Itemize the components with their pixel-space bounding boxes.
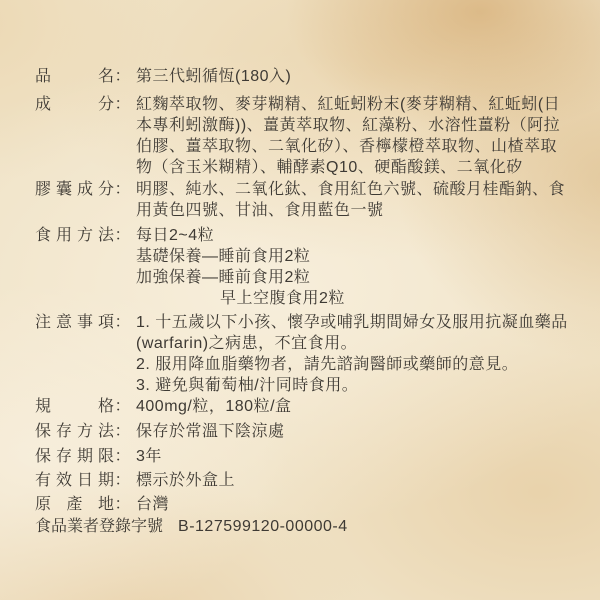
field-colon: ： (114, 396, 131, 417)
ingredients-line: 伯膠、薑萃取物、二氧化矽）、香檸檬橙萃取物、山楂萃取 (136, 136, 560, 157)
field-colon: ： (114, 179, 131, 200)
label-row-usage: 食用方法 ： 每日2~4粒基礎保養—睡前食用2粒加強保養—睡前食用2粒早上空腹食… (35, 225, 345, 309)
precautions-line: 1. 十五歲以下小孩、懷孕或哺乳期間婦女及服用抗凝血藥品 (136, 312, 568, 333)
label-row-specification: 規格 ： 400mg/粒，180粒/盒 (35, 396, 292, 417)
capsule-ingredients-line: 用黃色四號、甘油、食用藍色一號 (136, 200, 565, 221)
capsule-ingredients-line: 明膠、純水、二氧化鈦、食用紅色六號、硫酸月桂酯鈉、食 (136, 179, 565, 200)
registration-label: 食品業者登錄字號 (35, 516, 163, 537)
specification-value: 400mg/粒，180粒/盒 (136, 396, 292, 417)
usage-value: 每日2~4粒基礎保養—睡前食用2粒加強保養—睡前食用2粒早上空腹食用2粒 (136, 225, 345, 309)
label-row-origin: 原產地 ： 台灣 (35, 494, 169, 515)
storage-method-label: 保存方法 (35, 421, 114, 442)
field-colon: ： (114, 446, 131, 467)
field-colon: ： (114, 312, 131, 333)
field-colon: ： (114, 421, 131, 442)
shelf-life-label: 保存期限 (35, 446, 114, 467)
usage-line: 加強保養—睡前食用2粒 (136, 267, 345, 288)
origin-label: 原產地 (35, 494, 114, 515)
registration-row: 食品業者登錄字號 B-127599120-00000-4 (35, 516, 348, 537)
capsule-ingredients-label: 膠囊成分 (35, 179, 114, 200)
usage-line: 基礎保養—睡前食用2粒 (136, 246, 345, 267)
label-row-product-name: 品名 ： 第三代蚓循恆(180入) (35, 66, 291, 87)
origin-value: 台灣 (136, 494, 169, 515)
origin-line: 台灣 (136, 494, 169, 515)
specification-line: 400mg/粒，180粒/盒 (136, 396, 292, 417)
usage-label: 食用方法 (35, 225, 114, 246)
precautions-value: 1. 十五歲以下小孩、懷孕或哺乳期間婦女及服用抗凝血藥品(warfarin)之病… (136, 312, 568, 396)
storage-method-line: 保存於常溫下陰涼處 (136, 421, 285, 442)
expiry-date-line: 標示於外盒上 (136, 470, 235, 491)
label-row-expiry-date: 有效日期 ： 標示於外盒上 (35, 470, 235, 491)
field-colon: ： (114, 494, 131, 515)
expiry-date-value: 標示於外盒上 (136, 470, 235, 491)
ingredients-line: 本專利蚓激酶))、薑黃萃取物、紅藻粉、水溶性薑粉（阿拉 (136, 115, 560, 136)
product-name-value: 第三代蚓循恆(180入) (136, 66, 291, 87)
field-colon: ： (114, 66, 131, 87)
usage-line: 早上空腹食用2粒 (136, 288, 345, 309)
field-colon: ： (114, 94, 131, 115)
label-row-ingredients: 成分 ： 紅麴萃取物、麥芽糊精、紅蚯蚓粉末(麥芽糊精、紅蚯蚓(日本專利蚓激酶))… (35, 94, 560, 178)
storage-method-value: 保存於常溫下陰涼處 (136, 421, 285, 442)
label-row-precautions: 注意事項 ： 1. 十五歲以下小孩、懷孕或哺乳期間婦女及服用抗凝血藥品(warf… (35, 312, 568, 396)
ingredients-line: 紅麴萃取物、麥芽糊精、紅蚯蚓粉末(麥芽糊精、紅蚯蚓(日 (136, 94, 560, 115)
label-row-storage-method: 保存方法 ： 保存於常溫下陰涼處 (35, 421, 285, 442)
product-label-sheet: 品名 ： 第三代蚓循恆(180入) 成分 ： 紅麴萃取物、麥芽糊精、紅蚯蚓粉末(… (0, 0, 600, 600)
product-name-label: 品名 (35, 66, 114, 87)
label-row-capsule-ingredients: 膠囊成分 ： 明膠、純水、二氧化鈦、食用紅色六號、硫酸月桂酯鈉、食用黃色四號、甘… (35, 179, 565, 221)
capsule-ingredients-value: 明膠、純水、二氧化鈦、食用紅色六號、硫酸月桂酯鈉、食用黃色四號、甘油、食用藍色一… (136, 179, 565, 221)
registration-number: B-127599120-00000-4 (178, 516, 348, 537)
precautions-label: 注意事項 (35, 312, 114, 333)
shelf-life-value: 3年 (136, 446, 162, 467)
ingredients-line: 物（含玉米糊精）、輔酵素Q10、硬酯酸鎂、二氧化矽 (136, 157, 560, 178)
product-name-line: 第三代蚓循恆(180入) (136, 66, 291, 87)
field-colon: ： (114, 470, 131, 491)
specification-label: 規格 (35, 396, 114, 417)
ingredients-value: 紅麴萃取物、麥芽糊精、紅蚯蚓粉末(麥芽糊精、紅蚯蚓(日本專利蚓激酶))、薑黃萃取… (136, 94, 560, 178)
usage-line: 每日2~4粒 (136, 225, 345, 246)
field-colon: ： (114, 225, 131, 246)
precautions-line: 3. 避免與葡萄柚/汁同時食用。 (136, 375, 568, 396)
expiry-date-label: 有效日期 (35, 470, 114, 491)
label-row-shelf-life: 保存期限 ： 3年 (35, 446, 162, 467)
ingredients-label: 成分 (35, 94, 114, 115)
shelf-life-line: 3年 (136, 446, 162, 467)
precautions-line: 2. 服用降血脂藥物者，請先諮詢醫師或藥師的意見。 (136, 354, 568, 375)
precautions-line: (warfarin)之病患，不宜食用。 (136, 333, 568, 354)
